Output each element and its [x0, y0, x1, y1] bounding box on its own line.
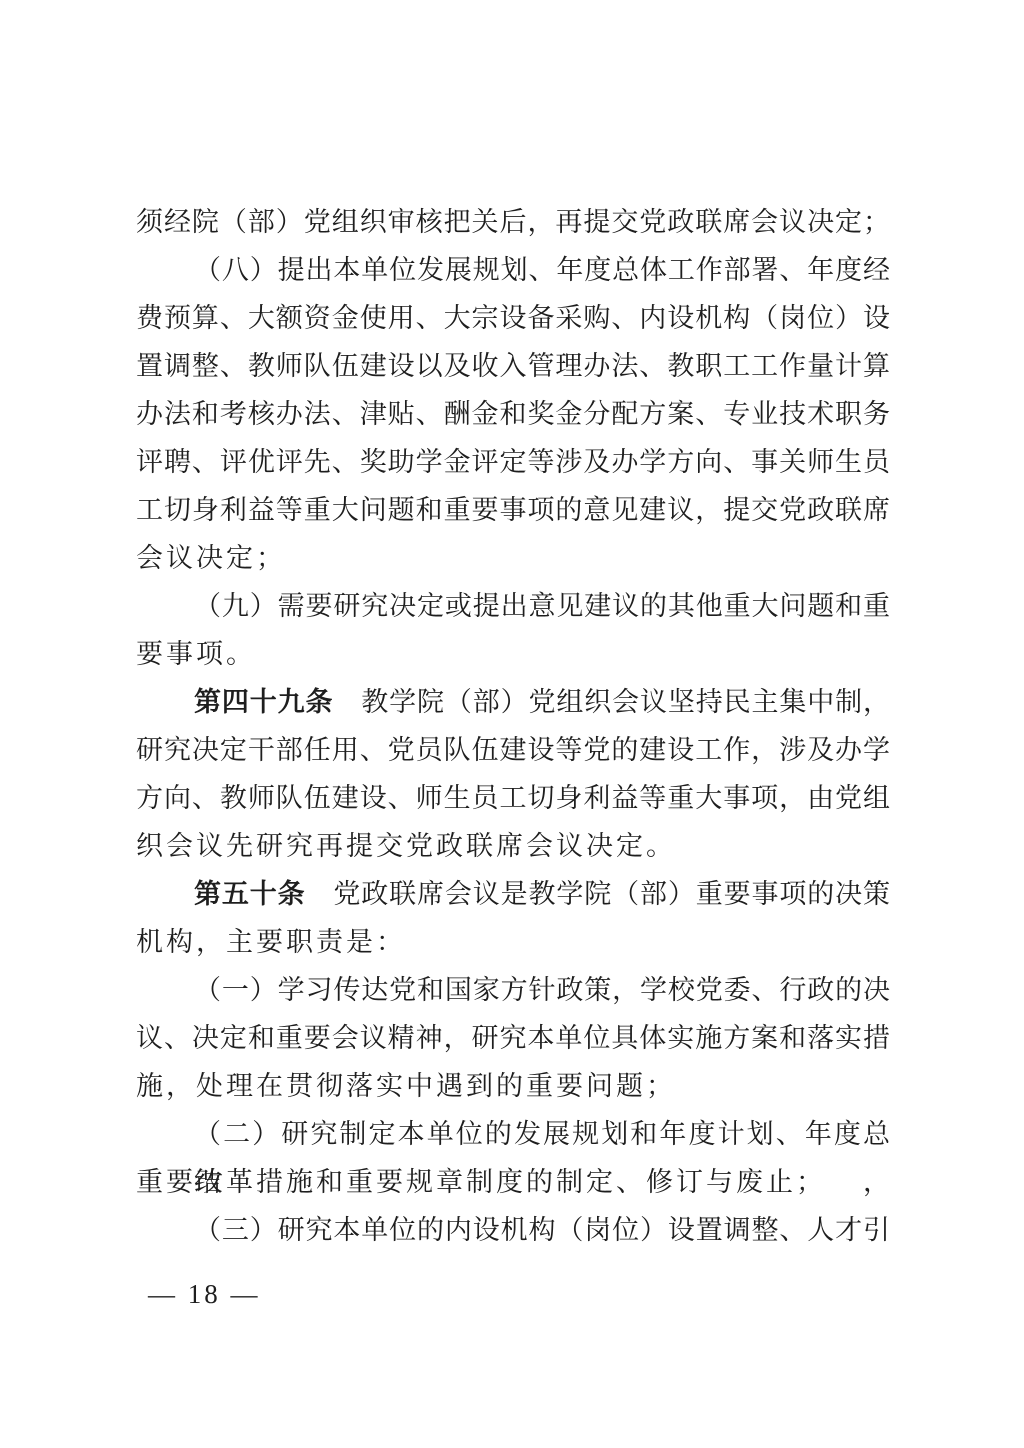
line-text: 评聘、评优评先、奖助学金评定等涉及办学方向、事关师生员 — [136, 447, 890, 477]
line-text: 议、决定和重要会议精神，研究本单位具体实施方案和落实措 — [136, 1023, 890, 1053]
line-text: 机构，主要职责是： — [136, 927, 406, 957]
line-text: 办法和考核办法、津贴、酬金和奖金分配方案、专业技术职务 — [136, 399, 890, 429]
text-line: 会议决定； — [136, 534, 890, 582]
text-line: 费预算、大额资金使用、大宗设备采购、内设机构（岗位）设 — [136, 294, 890, 342]
line-text: 须经院（部）党组织审核把关后，再提交党政联席会议决定； — [136, 207, 890, 237]
line-text: 置调整、教师队伍建设以及收入管理办法、教职工工作量计算 — [136, 351, 890, 381]
line-text: 织会议先研究再提交党政联席会议决定。 — [136, 831, 676, 861]
line-text: 研究决定干部任用、党员队伍建设等党的建设工作，涉及办学 — [136, 735, 890, 765]
article-number: 第四十九条 — [194, 687, 333, 717]
text-line: 第四十九条 教学院（部）党组织会议坚持民主集中制， — [136, 678, 890, 726]
text-line: （三）研究本单位的内设机构（岗位）设置调整、人才引 — [136, 1206, 890, 1254]
article-number: 第五十条 — [194, 879, 306, 909]
line-text: 要事项。 — [136, 639, 256, 669]
page-number: — 18 — — [148, 1272, 261, 1316]
text-line: 织会议先研究再提交党政联席会议决定。 — [136, 822, 890, 870]
text-line: 工切身利益等重大问题和重要事项的意见建议，提交党政联席 — [136, 486, 890, 534]
text-line: 机构，主要职责是： — [136, 918, 890, 966]
line-text: （一）学习传达党和国家方针政策，学校党委、行政的决 — [194, 975, 890, 1005]
text-line: 方向、教师队伍建设、师生员工切身利益等重大事项，由党组 — [136, 774, 890, 822]
text-line: 施，处理在贯彻落实中遇到的重要问题； — [136, 1062, 890, 1110]
line-text: （八）提出本单位发展规划、年度总体工作部署、年度经 — [194, 255, 890, 285]
line-text: 党政联席会议是教学院（部）重要事项的决策 — [306, 879, 891, 909]
text-line: （八）提出本单位发展规划、年度总体工作部署、年度经 — [136, 246, 890, 294]
text-line: 重要改革措施和重要规章制度的制定、修订与废止； — [136, 1158, 890, 1206]
line-text: 会议决定； — [136, 543, 286, 573]
text-line: （一）学习传达党和国家方针政策，学校党委、行政的决 — [136, 966, 890, 1014]
text-line: 要事项。 — [136, 630, 890, 678]
document-page: 须经院（部）党组织审核把关后，再提交党政联席会议决定；（八）提出本单位发展规划、… — [0, 0, 1024, 1448]
text-line: （二）研究制定本单位的发展规划和年度计划、年度总结， — [136, 1110, 890, 1158]
line-text: 施，处理在贯彻落实中遇到的重要问题； — [136, 1071, 676, 1101]
text-line: 研究决定干部任用、党员队伍建设等党的建设工作，涉及办学 — [136, 726, 890, 774]
line-text: 重要改革措施和重要规章制度的制定、修订与废止； — [136, 1167, 826, 1197]
text-line: 评聘、评优评先、奖助学金评定等涉及办学方向、事关师生员 — [136, 438, 890, 486]
text-line: 置调整、教师队伍建设以及收入管理办法、教职工工作量计算 — [136, 342, 890, 390]
document-body: 须经院（部）党组织审核把关后，再提交党政联席会议决定；（八）提出本单位发展规划、… — [136, 198, 890, 1254]
text-line: 须经院（部）党组织审核把关后，再提交党政联席会议决定； — [136, 198, 890, 246]
text-line: 第五十条 党政联席会议是教学院（部）重要事项的决策 — [136, 870, 890, 918]
text-line: 办法和考核办法、津贴、酬金和奖金分配方案、专业技术职务 — [136, 390, 890, 438]
line-text: （九）需要研究决定或提出意见建议的其他重大问题和重 — [194, 591, 890, 621]
line-text: 方向、教师队伍建设、师生员工切身利益等重大事项，由党组 — [136, 783, 890, 813]
text-line: （九）需要研究决定或提出意见建议的其他重大问题和重 — [136, 582, 890, 630]
text-line: 议、决定和重要会议精神，研究本单位具体实施方案和落实措 — [136, 1014, 890, 1062]
line-text: 教学院（部）党组织会议坚持民主集中制， — [333, 687, 890, 717]
line-text: 费预算、大额资金使用、大宗设备采购、内设机构（岗位）设 — [136, 303, 890, 333]
line-text: 工切身利益等重大问题和重要事项的意见建议，提交党政联席 — [136, 495, 890, 525]
line-text: （三）研究本单位的内设机构（岗位）设置调整、人才引 — [194, 1215, 890, 1245]
